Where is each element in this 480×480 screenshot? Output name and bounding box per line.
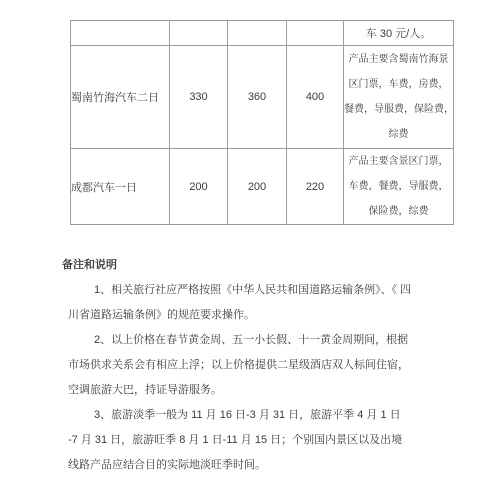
table-cell-price: 220 [287,149,344,225]
table-cell-price: 200 [170,149,228,225]
table-cell-price: 400 [287,46,344,149]
note-item-1: 1、相关旅行社应严格按照《中华人民共和国道路运输条例》、《 四 川省道路运输条例… [68,278,420,328]
document-page: 车 30 元/人。 蜀南竹海汽车二日 330 360 400 产品主要含蜀南竹海… [0,0,480,480]
table-row: 蜀南竹海汽车二日 330 360 400 产品主要含蜀南竹海景 区门票，车费，房… [71,46,454,149]
price-table: 车 30 元/人。 蜀南竹海汽车二日 330 360 400 产品主要含蜀南竹海… [70,20,454,225]
table-cell-empty [170,21,228,46]
table-cell-price: 360 [228,46,287,149]
table-cell-empty [228,21,287,46]
notes-section: 备注和说明 1、相关旅行社应严格按照《中华人民共和国道路运输条例》、《 四 川省… [62,253,420,478]
table-cell-product-name: 成都汽车一日 [71,149,170,225]
table-cell-product-detail: 产品主要含景区门票， 车费，餐费，导服费， 保险费，综费 [344,149,454,225]
table-cell-carry-over-note: 车 30 元/人。 [344,21,454,46]
table-cell-price: 200 [228,149,287,225]
table-row: 成都汽车一日 200 200 220 产品主要含景区门票， 车费，餐费，导服费，… [71,149,454,225]
table-cell-product-detail: 产品主要含蜀南竹海景 区门票，车费，房费， 餐费，导服费，保险费， 综费 [344,46,454,149]
note-item-2: 2、以上价格在春节黄金周、五一小长假、十一黄金周期间，根据 市场供求关系会有相应… [68,328,420,403]
table-cell-empty [287,21,344,46]
table-cell-product-name: 蜀南竹海汽车二日 [71,46,170,149]
table-row: 车 30 元/人。 [71,21,454,46]
notes-title: 备注和说明 [62,253,420,278]
note-item-3: 3、旅游淡季一般为 11 月 16 日-3 月 31 日，旅游平季 4 月 1 … [68,403,420,478]
table-cell-empty [71,21,170,46]
table-cell-price: 330 [170,46,228,149]
